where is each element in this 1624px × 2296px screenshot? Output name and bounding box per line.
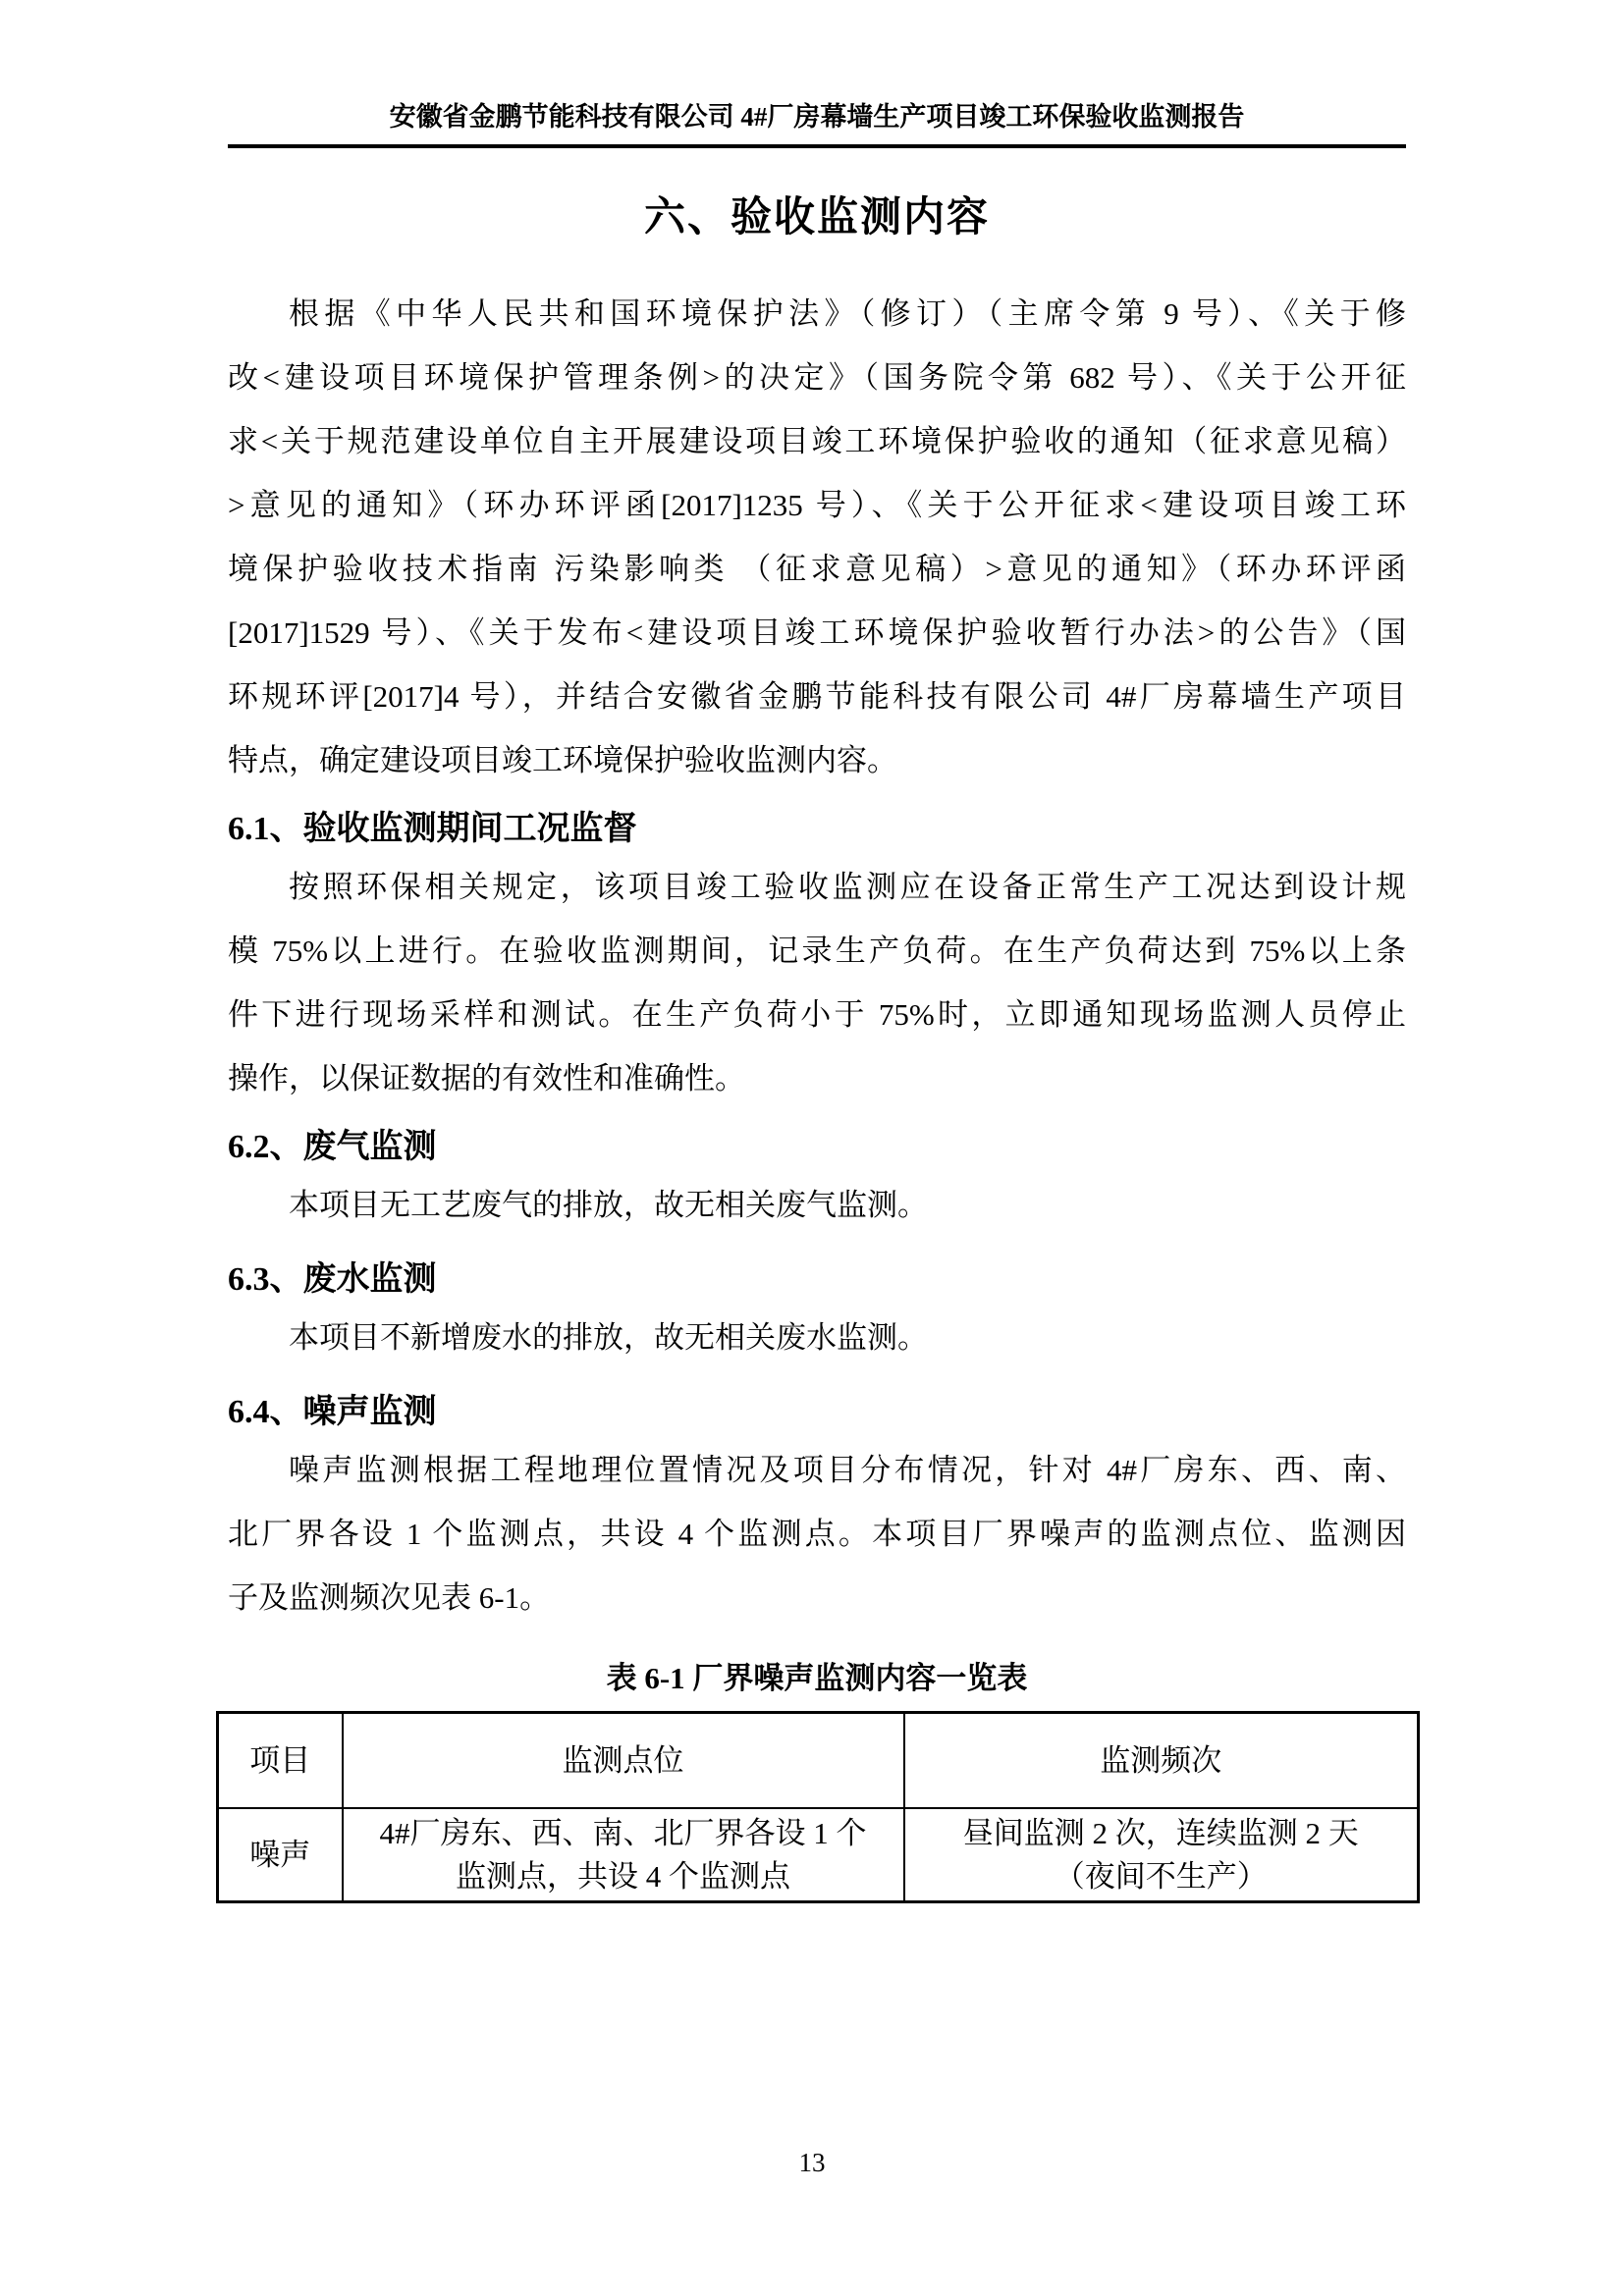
running-header: 安徽省金鹏节能科技有限公司 4#厂房幕墙生产项目竣工环保验收监测报告 (228, 0, 1406, 133)
page-number: 13 (0, 2148, 1624, 2178)
section-heading-6-3: 6.3、废水监测 (228, 1255, 1406, 1306)
table-caption: 表 6-1 厂界噪声监测内容一览表 (228, 1657, 1406, 1700)
paragraph-line: 件下进行现场采样和测试。在生产负荷小于 75%时，立即通知现场监测人员停止 (228, 983, 1406, 1046)
section-heading-6-1: 6.1、验收监测期间工况监督 (228, 804, 1406, 855)
section-paragraph-6-4: 噪声监测根据工程地理位置情况及项目分布情况，针对 4#厂房东、西、南、 北厂界各… (228, 1438, 1406, 1629)
table-cell-frequency: 昼间监测 2 次，连续监测 2 天 （夜间不生产） (904, 1808, 1419, 1902)
noise-monitoring-table: 项目 监测点位 监测频次 噪声 4#厂房东、西、南、北厂界各设 1 个 监测点，… (216, 1711, 1420, 1903)
paragraph-line: [2017]1529 号）、《关于发布<建设项目竣工环境保护验收暂行办法>的公告… (228, 601, 1406, 665)
paragraph-line: 求<关于规范建设单位自主开展建设项目竣工环境保护验收的通知（征求意见稿） (228, 409, 1406, 473)
section-paragraph-6-1: 按照环保相关规定，该项目竣工验收监测应在设备正常生产工况达到设计规 模 75%以… (228, 855, 1406, 1110)
paragraph-line: 环规环评[2017]4 号），并结合安徽省金鹏节能科技有限公司 4#厂房幕墙生产… (228, 665, 1406, 728)
document-page: 安徽省金鹏节能科技有限公司 4#厂房幕墙生产项目竣工环保验收监测报告 六、验收监… (0, 0, 1624, 2296)
paragraph-line: 操作，以保证数据的有效性和准确性。 (228, 1046, 1406, 1110)
paragraph-line: 模 75%以上进行。在验收监测期间，记录生产负荷。在生产负荷达到 75%以上条 (228, 919, 1406, 983)
table-header-frequency: 监测频次 (904, 1713, 1419, 1809)
table-cell-location: 4#厂房东、西、南、北厂界各设 1 个 监测点，共设 4 个监测点 (343, 1808, 904, 1902)
paragraph-line: 子及监测频次见表 6-1。 (228, 1566, 1406, 1629)
chapter-title: 六、验收监测内容 (228, 189, 1406, 246)
intro-paragraph: 根据《中华人民共和国环境保护法》（修订）（主席令第 9 号）、《关于修 改<建设… (228, 282, 1406, 792)
paragraph-line: 改<建设项目环境保护管理条例>的决定》（国务院令第 682 号）、《关于公开征 (228, 346, 1406, 409)
paragraph-line: 特点，确定建设项目竣工环境保护验收监测内容。 (228, 728, 1406, 792)
table-row: 噪声 4#厂房东、西、南、北厂界各设 1 个 监测点，共设 4 个监测点 昼间监… (218, 1808, 1419, 1902)
section-heading-6-2: 6.2、废气监测 (228, 1122, 1406, 1173)
section-paragraph-6-3: 本项目不新增废水的排放，故无相关废水监测。 (228, 1306, 1406, 1369)
table-header-item: 项目 (218, 1713, 343, 1809)
paragraph-line: >意见的通知》（环办环评函[2017]1235 号）、《关于公开征求<建设项目竣… (228, 473, 1406, 537)
header-rule (228, 144, 1406, 148)
paragraph-line: 境保护验收技术指南 污染影响类 （征求意见稿）>意见的通知》（环办环评函 (228, 537, 1406, 601)
paragraph-line: 本项目不新增废水的排放，故无相关废水监测。 (228, 1306, 1406, 1369)
paragraph-line: 按照环保相关规定，该项目竣工验收监测应在设备正常生产工况达到设计规 (228, 855, 1406, 919)
paragraph-line: 根据《中华人民共和国环境保护法》（修订）（主席令第 9 号）、《关于修 (228, 282, 1406, 346)
table-header-row: 项目 监测点位 监测频次 (218, 1713, 1419, 1809)
table-header-location: 监测点位 (343, 1713, 904, 1809)
paragraph-line: 本项目无工艺废气的排放，故无相关废气监测。 (228, 1173, 1406, 1237)
section-heading-6-4: 6.4、噪声监测 (228, 1387, 1406, 1438)
table-cell-item: 噪声 (218, 1808, 343, 1902)
section-paragraph-6-2: 本项目无工艺废气的排放，故无相关废气监测。 (228, 1173, 1406, 1237)
paragraph-line: 北厂界各设 1 个监测点，共设 4 个监测点。本项目厂界噪声的监测点位、监测因 (228, 1502, 1406, 1566)
paragraph-line: 噪声监测根据工程地理位置情况及项目分布情况，针对 4#厂房东、西、南、 (228, 1438, 1406, 1502)
